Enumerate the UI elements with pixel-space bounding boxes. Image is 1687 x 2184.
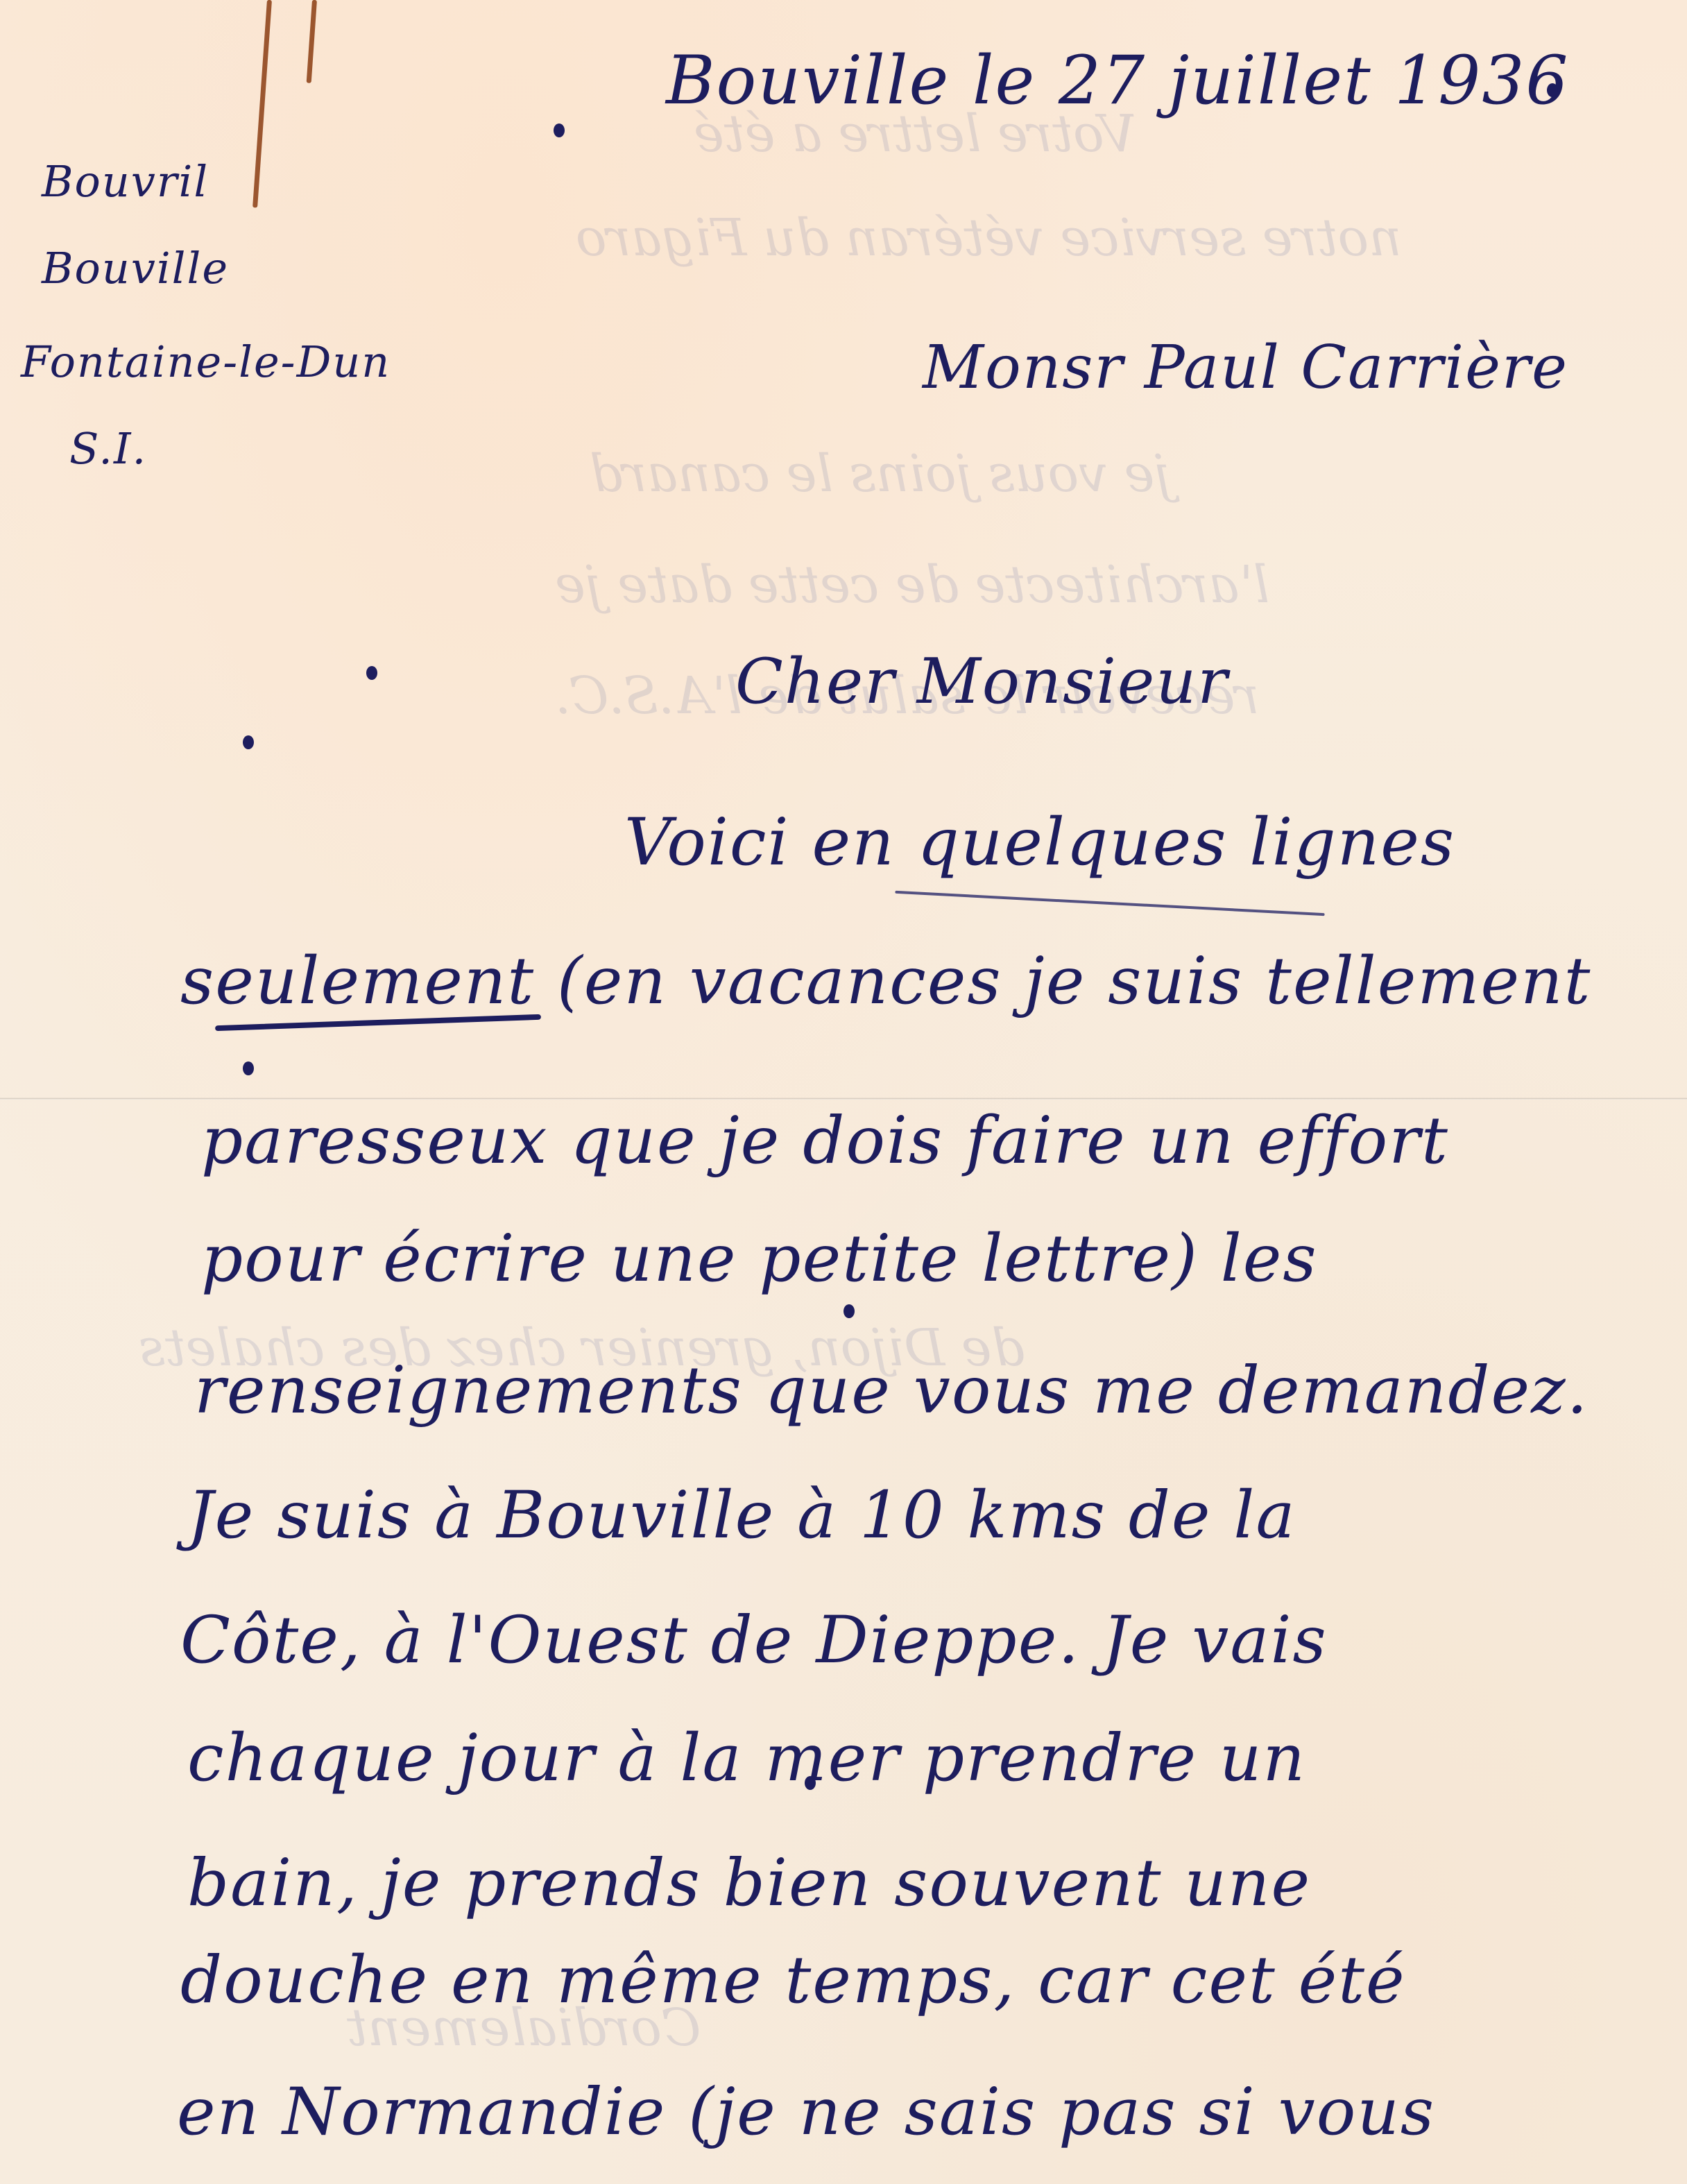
address-line: Bouville <box>42 243 229 293</box>
body-line: Voici en quelques lignes <box>624 805 1455 880</box>
body-line: seulement (en vacances je suis tellement <box>180 944 1591 1019</box>
bleed-through-text: l'architecte de cette date je <box>555 555 1269 615</box>
ink-blot <box>554 123 565 137</box>
body-line: Côte, à l'Ouest de Dieppe. Je vais <box>180 1603 1328 1678</box>
ink-blot <box>805 1776 816 1790</box>
bleed-through-text: notre service vétéran du Figaro <box>576 208 1402 268</box>
paper-fold-crease <box>0 1098 1687 1100</box>
recipient-name: Monsr Paul Carrière <box>923 333 1568 402</box>
body-line: pour écrire une petite lettre) les <box>201 1221 1318 1297</box>
salutation: Cher Monsieur <box>735 645 1228 718</box>
rust-stain-mark <box>252 0 272 208</box>
body-line: renseignements que vous me demandez. <box>194 1353 1589 1428</box>
ink-blot <box>843 1304 855 1318</box>
ink-blot <box>366 666 377 680</box>
body-line: Je suis à Bouville à 10 kms de la <box>187 1478 1296 1553</box>
address-line: Fontaine-le-Dun <box>21 336 391 387</box>
body-line: bain, je prends bien souvent une <box>187 1845 1311 1921</box>
ink-blot <box>243 1061 254 1075</box>
body-line: en Normandie (je ne sais pas si vous <box>177 2074 1435 2150</box>
ink-blot <box>243 735 254 749</box>
body-line: chaque jour à la mer prendre un <box>187 1721 1306 1796</box>
bleed-through-text: je vous joins le canard <box>590 444 1170 504</box>
ink-blot <box>1547 83 1558 97</box>
underline-stroke <box>895 891 1324 916</box>
body-line: douche en même temps, car cet été <box>180 1943 1406 2018</box>
letter-place-date: Bouville le 27 juillet 1936 <box>666 42 1569 119</box>
rust-stain-mark <box>307 0 317 83</box>
body-line: paresseux que je dois faire un effort <box>201 1103 1449 1179</box>
address-line: Bouvril <box>42 156 209 207</box>
address-line: S.I. <box>69 423 147 474</box>
